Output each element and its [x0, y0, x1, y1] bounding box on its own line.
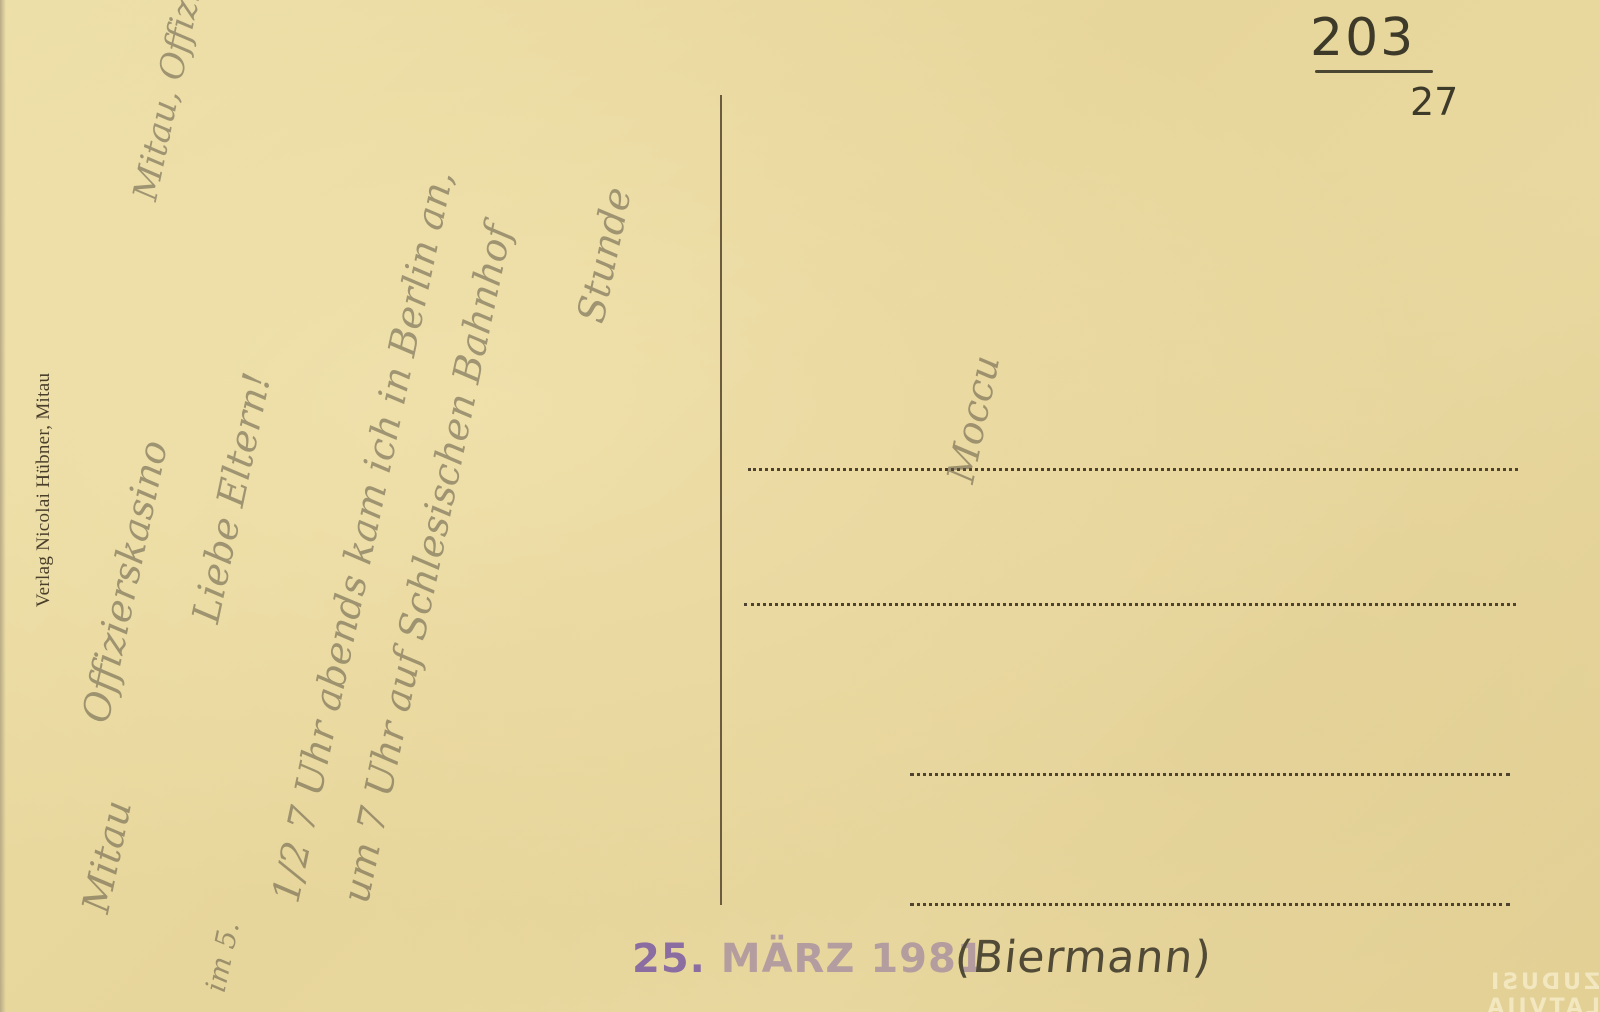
catalog-number: 203: [1310, 8, 1415, 68]
date-stamp-day: 25.: [632, 936, 706, 982]
address-line-4: [910, 903, 1510, 906]
handwriting-line: 1/2 7 Uhr abends kam ich in Berlin an,: [263, 167, 461, 907]
address-line-2: [744, 603, 1516, 606]
provenance-note: (Biermann): [952, 932, 1214, 983]
scan-edge: [0, 0, 6, 1012]
watermark: ZUDUSI LATVIJA: [1380, 970, 1600, 1012]
handwritten-message: Mitau im 5. Offizierskasino Mitau, Offiz…: [0, 0, 1600, 1012]
handwriting-line: Offizierskasino: [73, 436, 176, 726]
handwriting-line: um 7 Uhr auf Schlesischen Bahnhof: [333, 220, 520, 906]
catalog-sub-number: 27: [1410, 80, 1458, 124]
handwriting-line: Mitau: [73, 796, 140, 916]
date-stamp-month: MÄRZ: [721, 936, 856, 982]
handwriting-line: im 5.: [199, 918, 246, 994]
handwriting-salutation: Liebe Eltern!: [183, 369, 279, 627]
date-stamp: 25. MÄRZ 1981: [632, 936, 986, 982]
handwriting-line: Moccu: [938, 351, 1008, 486]
postcard-back: Verlag Nicolai Hübner, Mitau Mitau im 5.…: [0, 0, 1600, 1012]
address-line-1: [748, 468, 1518, 471]
handwriting-header: Mitau, Offizierskasino 7. 11. 17. 12 Uhr…: [125, 0, 336, 204]
catalog-underline: [1315, 70, 1433, 73]
publisher-imprint: Verlag Nicolai Hübner, Mitau: [33, 373, 55, 608]
handwriting-line: Stunde: [568, 183, 640, 326]
message-address-divider: [720, 95, 722, 905]
address-line-3: [910, 773, 1510, 776]
